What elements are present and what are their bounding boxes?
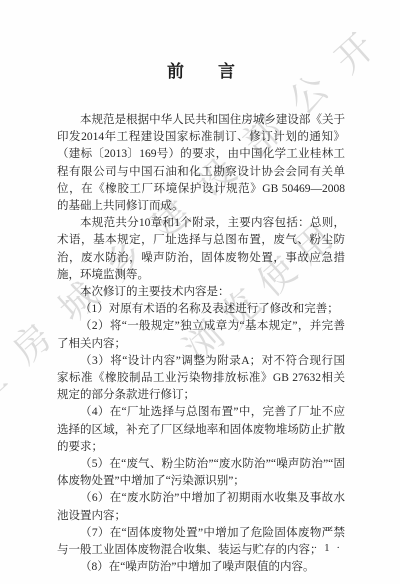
paragraph-revision-lead: 本次修订的主要技术内容是： xyxy=(57,284,345,301)
paragraph-intro: 本规范是根据中华人民共和国住房城乡建设部《关于印发2014年工程建设国家标准制订… xyxy=(57,112,345,215)
revision-item-6: （6）在“废水防治”中增加了初期雨水收集及事故水池设置内容； xyxy=(57,490,345,524)
revision-item-4: （4）在“厂址选择与总图布置”中，完善了厂址不应选择的区域，补充了厂区绿地率和固… xyxy=(57,404,345,456)
revision-item-7: （7）在“固体废物处置”中增加了危险固体废物严禁与一般工业固体废物混合收集、装运… xyxy=(57,525,345,559)
revision-item-1: （1）对原有术语的名称及表述进行了修改和完善； xyxy=(57,301,345,318)
paragraph-contents: 本规范共分10章和1个附录，主要内容包括：总则，术语，基本规定，厂址选择与总图布… xyxy=(57,215,345,284)
revision-item-5: （5）在“废气、粉尘防治”“废水防治”“噪声防治”“固体废物处置”中增加了“污染… xyxy=(57,456,345,490)
revision-item-3: （3）将“设计内容”调整为附录A；对不符合现行国家标准《橡胶制品工业污染物排放标… xyxy=(57,353,345,405)
page-content: 前 言 本规范是根据中华人民共和国住房城乡建设部《关于印发2014年工程建设国家… xyxy=(57,62,345,576)
revision-item-8: （8）在“噪声防治”中增加了噪声限值的内容。 xyxy=(57,559,345,576)
page-title: 前 言 xyxy=(57,62,345,82)
page-number: · 1 · xyxy=(314,542,342,554)
revision-item-2: （2）将“一般规定”独立成章为“基本规定”，并完善了相关内容； xyxy=(57,318,345,352)
